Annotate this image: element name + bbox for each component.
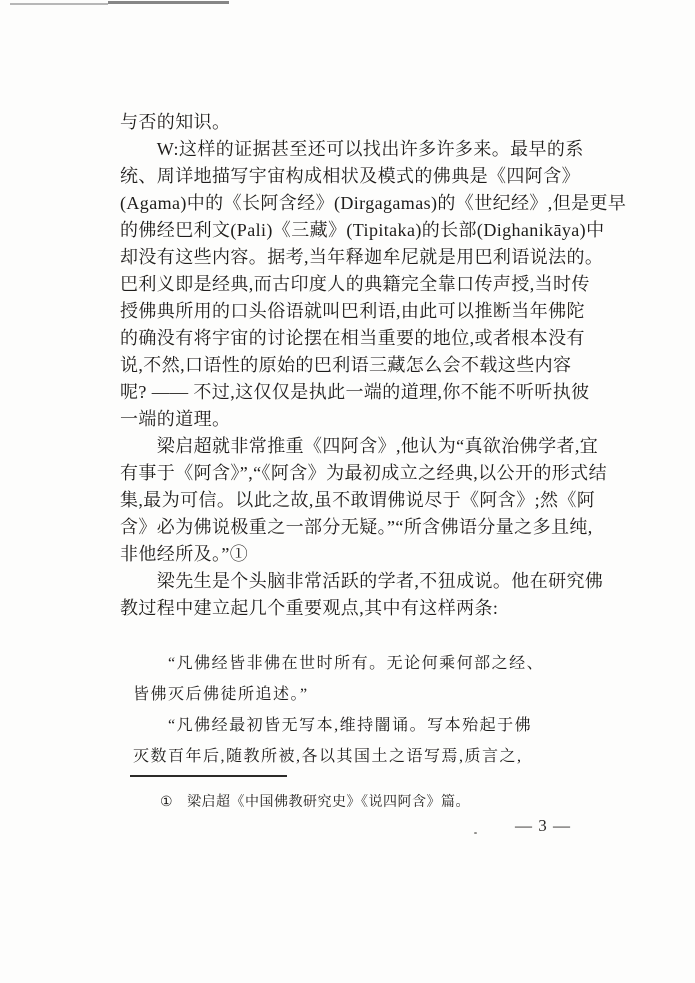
book-page: 与否的知识。 W:这样的证据甚至还可以找出许多许多来。最早的系统、周详地描写宇宙…	[0, 0, 695, 983]
text-line: 却没有这些内容。据考,当年释迦牟尼就是用巴利语说法的。	[120, 244, 595, 271]
text-line: 巴利义即是经典,而古印度人的典籍完全靠口传声授,当时传	[120, 271, 595, 298]
text-line: 非他经所及。”①	[120, 541, 595, 568]
text-line: 一端的道理。	[120, 406, 595, 433]
text-line: 教过程中建立起几个重要观点,其中有这样两条:	[120, 595, 595, 622]
text-line: “凡佛经皆非佛在世时所有。无论何乘何部之经、	[133, 648, 593, 679]
quote-paragraph-2: “凡佛经最初皆无写本,维持闇诵。写本殆起于佛灭数百年后,随教所被,各以其国土之语…	[133, 710, 593, 772]
text-line: W:这样的证据甚至还可以找出许多许多来。最早的系	[120, 136, 595, 163]
footnote-marker: ①	[160, 795, 173, 810]
text-line: 与否的知识。	[120, 109, 595, 136]
page-body: 与否的知识。 W:这样的证据甚至还可以找出许多许多来。最早的系统、周详地描写宇宙…	[120, 109, 595, 622]
text-line: 有事于《阿含》”,“《阿含》为最初成立之经典,以公开的形式结	[120, 460, 595, 487]
paragraph-liang-viewpoints: 梁先生是个头脑非常活跃的学者,不狃成说。他在研究佛教过程中建立起几个重要观点,其…	[120, 568, 595, 622]
paragraph-w-evidence: W:这样的证据甚至还可以找出许多许多来。最早的系统、周详地描写宇宙构成相状及模式…	[120, 136, 595, 433]
scan-speck	[474, 832, 477, 834]
text-line: 的确没有将宇宙的讨论摆在相当重要的地位,或者根本没有	[120, 325, 595, 352]
text-line: 的佛经巴利文(Pali)《三藏》(Tipitaka)的长部(Dighanikāy…	[120, 217, 595, 244]
text-line: 统、周详地描写宇宙构成相状及模式的佛典是《四阿含》	[120, 163, 595, 190]
paragraph-liang-qichao-quote: 梁启超就非常推重《四阿含》,他认为“真欲治佛学者,宜有事于《阿含》”,“《阿含》…	[120, 433, 595, 568]
footnote-text: 梁启超《中国佛教研究史》《说四阿含》篇。	[187, 795, 470, 810]
text-line: 呢? —— 不过,这仅仅是执此一端的道理,你不能不听听执彼	[120, 379, 595, 406]
scan-edge-artifact-light	[10, 3, 108, 5]
footnote: ①梁启超《中国佛教研究史》《说四阿含》篇。	[160, 791, 470, 811]
text-line: 说,不然,口语性的原始的巴利语三藏怎么会不载这些内容	[120, 352, 595, 379]
page-number: — 3 —	[503, 816, 583, 836]
footnote-divider	[130, 775, 287, 777]
text-line: 梁先生是个头脑非常活跃的学者,不狃成说。他在研究佛	[120, 568, 595, 595]
quote-paragraph-1: “凡佛经皆非佛在世时所有。无论何乘何部之经、皆佛灭后佛徒所追述。”	[133, 648, 593, 710]
text-line: 皆佛灭后佛徒所追述。”	[133, 679, 593, 710]
text-line: 含》必为佛说极重之一部分无疑。”“所含佛语分量之多且纯,	[120, 514, 595, 541]
text-line: (Agama)中的《长阿含经》(Dirgagamas)的《世纪经》,但是更早	[120, 190, 595, 217]
text-line: “凡佛经最初皆无写本,维持闇诵。写本殆起于佛	[133, 710, 593, 741]
scan-edge-artifact-dark	[108, 1, 229, 4]
text-line: 灭数百年后,随教所被,各以其国土之语写焉,质言之,	[133, 741, 593, 772]
text-line: 梁启超就非常推重《四阿含》,他认为“真欲治佛学者,宜	[120, 433, 595, 460]
text-line: 集,最为可信。以此之故,虽不敢谓佛说尽于《阿含》;然《阿	[120, 487, 595, 514]
paragraph-continuation: 与否的知识。	[120, 109, 595, 136]
block-quote: “凡佛经皆非佛在世时所有。无论何乘何部之经、皆佛灭后佛徒所追述。” “凡佛经最初…	[133, 648, 593, 772]
text-line: 授佛典所用的口头俗语就叫巴利语,由此可以推断当年佛陀	[120, 298, 595, 325]
